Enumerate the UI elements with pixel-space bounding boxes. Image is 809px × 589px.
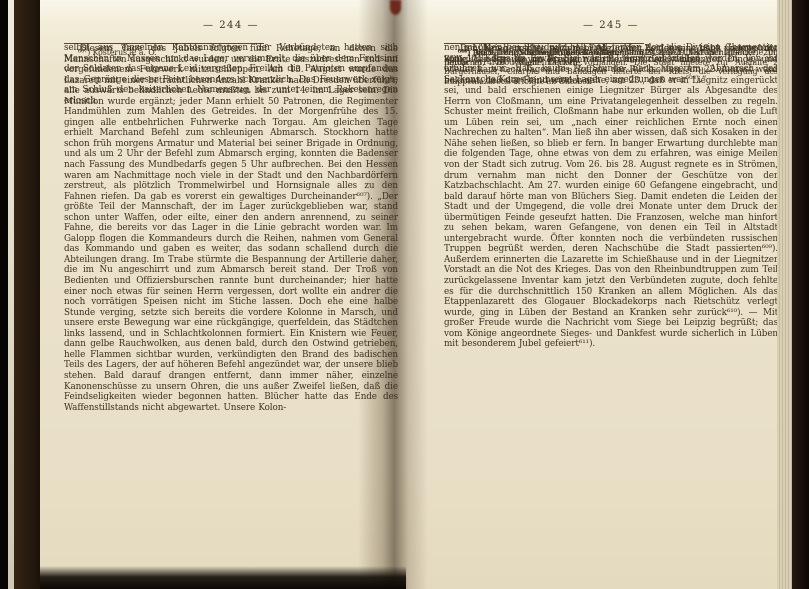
footnote: ⁶¹¹) Journal der Stadtverordneten-Versam…: [444, 48, 646, 58]
page-245: — 245 — nen machten bei Steudnitz halt u…: [444, 14, 778, 582]
book-board-left: [14, 0, 40, 589]
photo-left-edge: [0, 0, 8, 589]
paragraph: In Lüben herrschte nach dem Abzug der Fe…: [444, 44, 778, 350]
page-bottom-shadow: [40, 566, 406, 589]
page-number-left: — 244 —: [64, 20, 398, 31]
gutter-top-stain: [390, 0, 401, 15]
photo-right-edge: [792, 0, 809, 589]
page-244: — 244 — selbst aus einzelnen Kantonnieru…: [64, 14, 398, 582]
page-number-right: — 245 —: [444, 20, 778, 31]
book-photo: — 244 — selbst aus einzelnen Kantonnieru…: [0, 0, 809, 589]
paragraph: Diesem Tage des Jubels folgten fünf Ruhe…: [64, 44, 398, 413]
page-stack-edge-right: [777, 0, 792, 589]
footnote: ⁶⁰⁷) Kösterus a. a. O.: [64, 48, 157, 58]
